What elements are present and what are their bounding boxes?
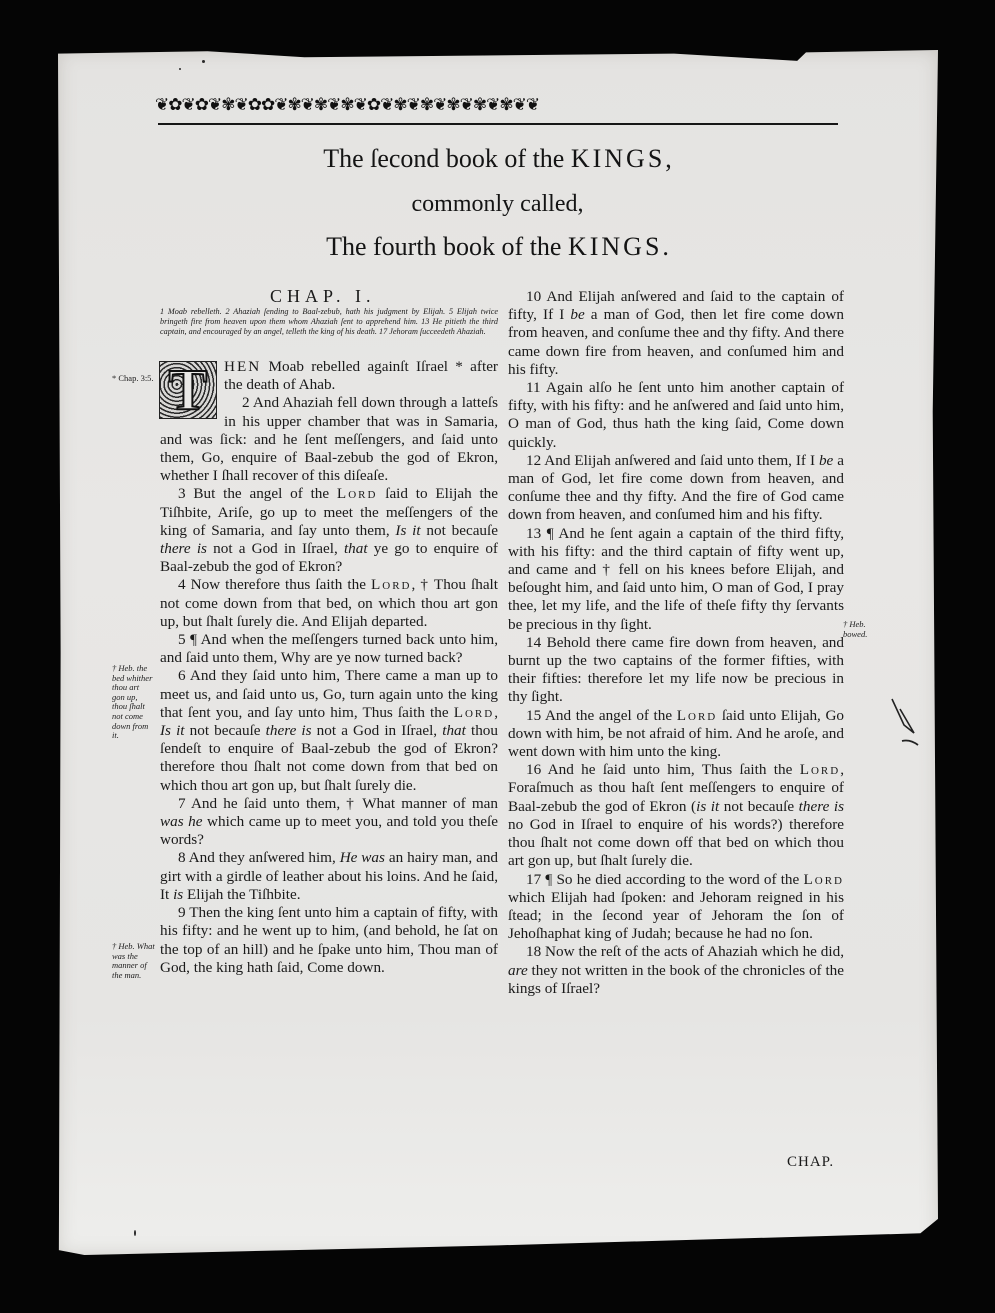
verse-6: 6 And they ſaid unto him, There came a m… xyxy=(160,667,498,794)
verse-10: 10 And Elijah anſwered and ſaid to the c… xyxy=(508,288,844,379)
verse-11: 11 Again alſo he ſent unto him another c… xyxy=(508,379,844,452)
margin-note-heb-bowed: † Heb. bowed. xyxy=(843,620,883,639)
header-rule xyxy=(158,123,838,125)
verse-17: 17 ¶ So he died according to the word of… xyxy=(508,871,844,944)
verse-8: 8 And they anſwered him, He was an hairy… xyxy=(160,849,498,904)
pencil-annotation-icon xyxy=(884,697,924,757)
chapter-heading: CHAP. I. xyxy=(270,286,376,307)
book-title-line-1: The ſecond book of the KINGS, xyxy=(0,144,995,174)
verse-5: 5 ¶ And when the meſſengers turned back … xyxy=(160,631,498,667)
chapter-summary: 1 Moab rebelleth. 2 Ahaziah ſending to B… xyxy=(160,307,498,337)
ink-spot xyxy=(134,1230,136,1236)
text-column-left: THEN Moab rebelled againſt Iſrael * afte… xyxy=(160,358,498,977)
margin-note-chap-reference: * Chap. 3:5. xyxy=(112,374,154,384)
verse-12: 12 And Elijah anſwered and ſaid unto the… xyxy=(508,452,844,525)
ink-spot xyxy=(202,60,205,63)
margin-note-heb-bed: † Heb. the bed whither thou art gon up, … xyxy=(112,664,154,741)
margin-note-heb-manner: † Heb. What was the manner of the man. xyxy=(112,942,156,980)
verse-13: 13 ¶ And he ſent again a captain of the … xyxy=(508,525,844,634)
verse-4: 4 Now therefore thus ſaith the Lord, † T… xyxy=(160,576,498,631)
verse-1: THEN Moab rebelled againſt Iſrael * afte… xyxy=(160,358,498,394)
verse-9: 9 Then the king ſent unto him a captain … xyxy=(160,904,498,977)
header-ornament-border: ❦✿❦✿❦✾❦✿✿❦✾❦✾❦✾❦✿❦✾❦✾❦✾❦✾❦✾❦❦ xyxy=(155,94,840,116)
verse-3: 3 But the angel of the Lord ſaid to Elij… xyxy=(160,485,498,576)
ink-spot xyxy=(179,68,181,70)
verse-16: 16 And he ſaid unto him, Thus ſaith the … xyxy=(508,761,844,870)
text-column-right: 10 And Elijah anſwered and ſaid to the c… xyxy=(508,288,844,998)
verse-14: 14 Behold there came fire down from heav… xyxy=(508,634,844,707)
verse-7: 7 And he ſaid unto them, † What manner o… xyxy=(160,795,498,850)
drop-cap-ornament: T xyxy=(159,361,217,419)
book-title-line-2: commonly called, xyxy=(0,191,995,218)
book-title-line-3: The fourth book of the KINGS. xyxy=(0,232,995,262)
verse-15: 15 And the angel of the Lord ſaid unto E… xyxy=(508,707,844,762)
verse-18: 18 Now the reſt of the acts of Ahaziah w… xyxy=(508,943,844,998)
catchword: CHAP. xyxy=(787,1154,834,1171)
